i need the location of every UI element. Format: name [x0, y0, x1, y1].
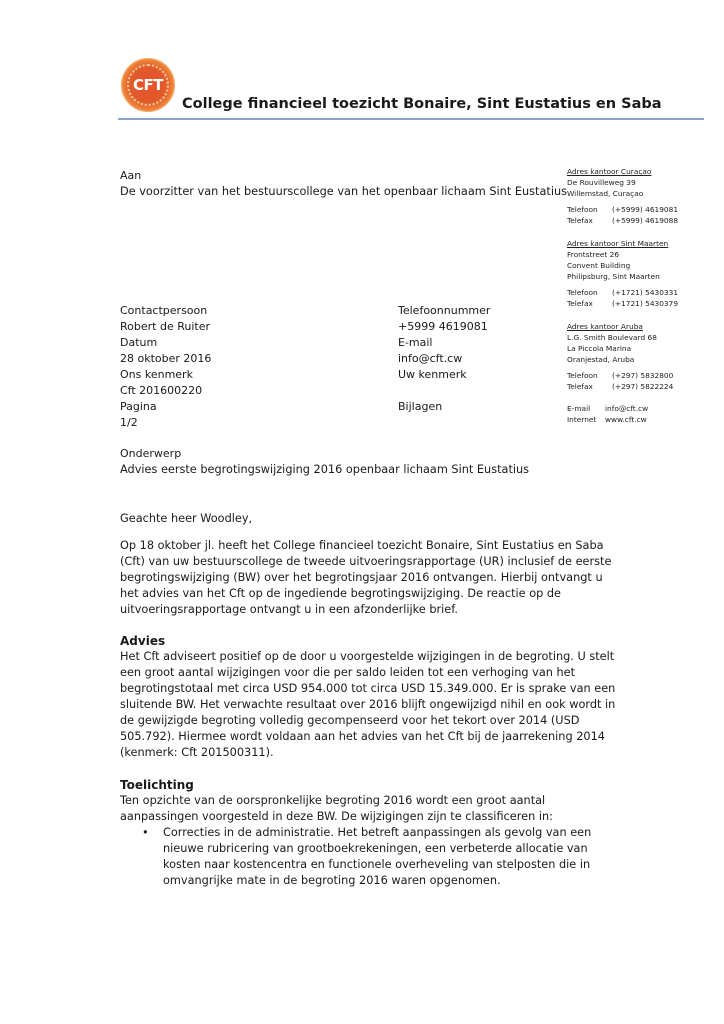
meta-label: Uw kenmerk	[398, 367, 490, 383]
bullet-icon: •	[142, 825, 149, 841]
email-label: E-mail	[567, 403, 605, 414]
text-line: Correcties in de administratie. Het betr…	[163, 825, 620, 841]
office-title: Adres kantoor Aruba	[567, 321, 673, 332]
phone-value: (+5999) 4619081	[612, 204, 678, 215]
fax-value: (+1721) 5430379	[612, 298, 678, 309]
subject-label: Onderwerp	[120, 446, 529, 462]
office-title: Adres kantoor Curaçao	[567, 166, 678, 177]
fax-label: Telefax	[567, 215, 612, 226]
subject: Onderwerp Advies eerste begrotingswijzig…	[120, 446, 529, 478]
classification-list: • Correcties in de administratie. Het be…	[120, 825, 620, 889]
list-item: • Correcties in de administratie. Het be…	[120, 825, 620, 889]
text-line: Het Cft adviseert positief op de door u …	[120, 649, 620, 665]
office-curacao: Adres kantoor Curaçao De Rouvilleweg 39 …	[567, 166, 678, 226]
text-line: het advies van het Cft op de ingediende …	[120, 586, 620, 602]
section-title-advies: Advies	[120, 633, 620, 649]
address-line: Oranjestad, Aruba	[567, 354, 673, 365]
text-line: kosten naar kostencentra en functionele …	[163, 857, 620, 873]
meta-label: E-mail	[398, 335, 490, 351]
section-title-toelichting: Toelichting	[120, 777, 620, 793]
fax-label: Telefax	[567, 381, 612, 392]
text-line: sluitende BW. Het verwachte resultaat ov…	[120, 697, 620, 713]
address-line: Convent Building	[567, 260, 678, 271]
meta-value: Cft 201600220	[120, 383, 211, 399]
office-aruba: Adres kantoor Aruba L.G. Smith Boulevard…	[567, 321, 673, 425]
addressee: Aan De voorzitter van het bestuurscolleg…	[120, 168, 567, 200]
logo-text: CFT	[121, 58, 175, 112]
phone-label: Telefoon	[567, 370, 612, 381]
intro-paragraph: Op 18 oktober jl. heeft het College fina…	[120, 538, 620, 618]
fax-value: (+5999) 4619088	[612, 215, 678, 226]
office-title: Adres kantoor Sint Maarten	[567, 238, 678, 249]
email-link[interactable]: info@cft.cw	[398, 351, 490, 367]
phone-label: Telefoon	[567, 204, 612, 215]
text-line: (kenmerk: Cft 201500311).	[120, 745, 620, 761]
text-line: begrotingswijziging (BW) over het begrot…	[120, 570, 620, 586]
fax-label: Telefax	[567, 298, 612, 309]
text-line: aanpassingen voorgesteld in deze BW. De …	[120, 809, 620, 825]
organization-title: College financieel toezicht Bonaire, Sin…	[182, 96, 662, 112]
phone-value: (+1721) 5430331	[612, 287, 678, 298]
address-line: L.G. Smith Boulevard 68	[567, 332, 673, 343]
meta-value	[398, 383, 490, 399]
website-link[interactable]: www.cft.cw	[605, 414, 647, 425]
address-line: La Piccola Marina	[567, 343, 673, 354]
meta-right: Telefoonnummer +5999 4619081 E-mail info…	[398, 303, 490, 415]
addressee-label: Aan	[120, 168, 567, 184]
text-line: omvangrijke mate in de begroting 2016 wa…	[163, 873, 620, 889]
address-line: De Rouvilleweg 39	[567, 177, 678, 188]
salutation: Geachte heer Woodley,	[120, 511, 252, 527]
meta-label: Ons kenmerk	[120, 367, 211, 383]
subject-text: Advies eerste begrotingswijziging 2016 o…	[120, 462, 529, 478]
phone-value: (+297) 5832800	[612, 370, 673, 381]
address-line: Frontstreet 26	[567, 249, 678, 260]
meta-value: 28 oktober 2016	[120, 351, 211, 367]
text-line: een groot aantal wijzigingen voor die pe…	[120, 665, 620, 681]
text-line: 505.792). Hiermee wordt voldaan aan het …	[120, 729, 620, 745]
meta-left: Contactpersoon Robert de Ruiter Datum 28…	[120, 303, 211, 431]
text-line: (Cft) van uw bestuurscollege de tweede u…	[120, 554, 620, 570]
fax-value: (+297) 5822224	[612, 381, 673, 392]
addressee-name: De voorzitter van het bestuurscollege va…	[120, 184, 567, 200]
text-line: uitvoeringsrapportage ontvangt u in een …	[120, 602, 620, 618]
advies-section: Advies Het Cft adviseert positief op de …	[120, 633, 620, 761]
text-line: begrotingstotaal met circa USD 954.000 t…	[120, 681, 620, 697]
email-link[interactable]: info@cft.cw	[605, 403, 648, 414]
text-line: nieuwe rubricering van grootboekrekening…	[163, 841, 620, 857]
meta-label: Bijlagen	[398, 399, 490, 415]
meta-value: +5999 4619081	[398, 319, 490, 335]
address-line: Willemstad, Curaçao	[567, 188, 678, 199]
cft-logo: CFT	[121, 58, 175, 112]
meta-value: Robert de Ruiter	[120, 319, 211, 335]
text-line: de gewijzigde begroting volledig gecompe…	[120, 713, 620, 729]
office-sint-maarten: Adres kantoor Sint Maarten Frontstreet 2…	[567, 238, 678, 309]
meta-label: Pagina	[120, 399, 211, 415]
internet-label: Internet	[567, 414, 605, 425]
phone-label: Telefoon	[567, 287, 612, 298]
meta-value: 1/2	[120, 415, 211, 431]
header-divider	[118, 118, 704, 120]
meta-label: Telefoonnummer	[398, 303, 490, 319]
toelichting-section: Toelichting Ten opzichte van de oorspron…	[120, 777, 620, 889]
meta-label: Datum	[120, 335, 211, 351]
meta-label: Contactpersoon	[120, 303, 211, 319]
address-line: Philipsburg, Sint Maarten	[567, 271, 678, 282]
text-line: Op 18 oktober jl. heeft het College fina…	[120, 538, 620, 554]
text-line: Ten opzichte van de oorspronkelijke begr…	[120, 793, 620, 809]
